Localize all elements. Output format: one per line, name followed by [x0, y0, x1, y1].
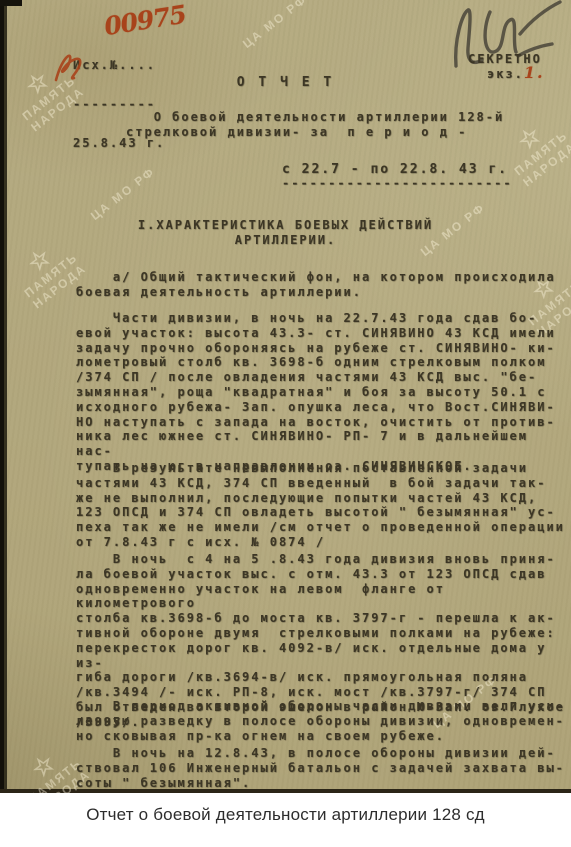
document-page: ЦА МО РФ ☆ПАМЯТЬ НАРОДА ☆ПАМЯТЬ НАРОДА Ц…	[0, 0, 571, 793]
caption-band: Отчет о боевой деятельности артиллерии 1…	[0, 793, 571, 847]
star-icon: ☆	[12, 739, 76, 796]
document-caption: Отчет о боевой деятельности артиллерии 1…	[86, 805, 485, 825]
report-title: О Т Ч Е Т	[0, 76, 571, 91]
report-period-underline: -------------------------	[282, 176, 513, 191]
paragraph: В результате невыполнения поставленной з…	[76, 461, 568, 550]
outgoing-number-handwriting: 00975	[102, 0, 188, 41]
paragraph: Части дивизии, в ночь на 22.7.43 года сд…	[76, 311, 568, 474]
report-subtitle: О боевой деятельности артиллерии 128-й с…	[126, 110, 504, 140]
paragraph: В период активной обороны части дивизии …	[76, 699, 568, 743]
paragraph: В ночь на 12.8.43, в полосе обороны диви…	[76, 746, 568, 790]
scan-left-edge	[0, 0, 7, 789]
scan-corner-mark	[0, 0, 22, 6]
subsection-a: а/ Общий тактический фон, на котором про…	[76, 270, 568, 300]
archive-watermark: ЦА МО РФ	[240, 0, 310, 51]
section-heading: I.ХАРАКТЕРИСТИКА БОЕВЫХ ДЕЙСТВИЙ АРТИЛЛЕ…	[0, 218, 571, 248]
screenshot: ЦА МО РФ ☆ПАМЯТЬ НАРОДА ☆ПАМЯТЬ НАРОДА Ц…	[0, 0, 571, 847]
star-icon: ☆	[498, 111, 562, 168]
